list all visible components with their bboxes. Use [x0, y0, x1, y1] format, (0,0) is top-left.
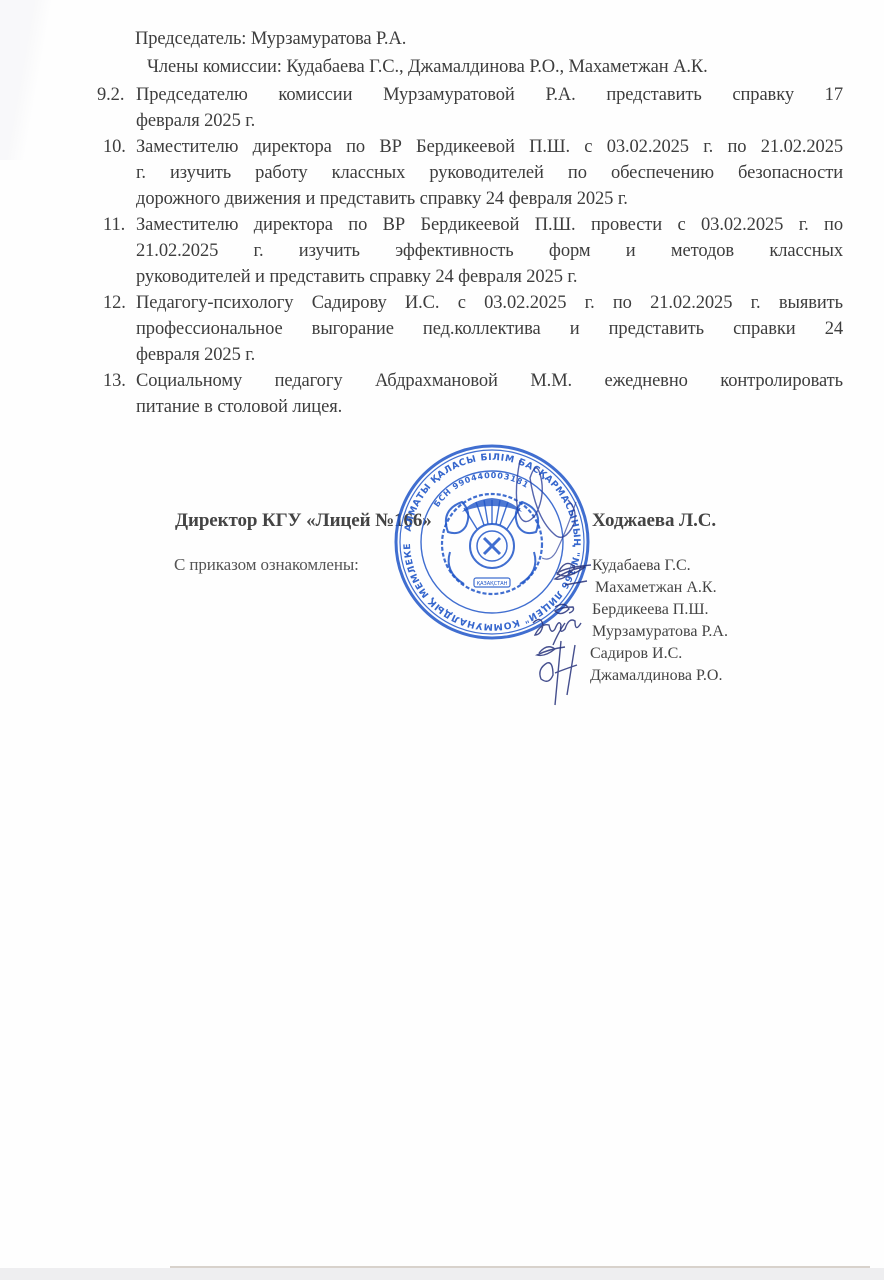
- item-number-9-2: 9.2.: [97, 82, 124, 108]
- commission-chair: Председатель: Мурзамуратова Р.А.: [135, 26, 406, 52]
- item-10-line-3: дорожного движения и представить справку…: [136, 186, 628, 212]
- scan-bottom-edge: [0, 1268, 884, 1280]
- signee-6: Джамалдинова Р.О.: [590, 665, 722, 687]
- item-13-line-1: Социальному педагогу Абдрахмановой М.М. …: [136, 368, 843, 394]
- document-page: Председатель: Мурзамуратова Р.А. Члены к…: [0, 0, 884, 1268]
- item-number-12: 12.: [103, 290, 126, 316]
- acknowledgement-signatures-icon: [505, 545, 600, 710]
- item-number-10: 10.: [103, 134, 126, 160]
- item-number-11: 11.: [103, 212, 125, 238]
- item-12-line-2: профессиональное выгорание пед.коллектив…: [136, 316, 843, 342]
- director-name: Ходжаева Л.С.: [592, 508, 716, 534]
- signee-5: Садиров И.С.: [590, 643, 682, 665]
- commission-chair-text: Председатель: Мурзамуратова Р.А.: [135, 29, 406, 49]
- signee-2: Махаметжан А.К.: [595, 577, 717, 599]
- item-11-line-2: 21.02.2025 г. изучить эффективность форм…: [136, 238, 843, 264]
- item-11-line-1: Заместителю директора по ВР Бердикеевой …: [136, 212, 843, 238]
- signee-4: Мурзамуратова Р.А.: [592, 621, 728, 643]
- item-10-line-2: г. изучить работу классных руководителей…: [136, 160, 843, 186]
- item-9-2-line-1: Председателю комиссии Мурзамуратовой Р.А…: [136, 82, 843, 108]
- item-12-line-3: февраля 2025 г.: [136, 342, 255, 368]
- item-11-line-3: руководителей и представить справку 24 ф…: [136, 264, 577, 290]
- commission-members: Члены комиссии: Кудабаева Г.С., Джамалди…: [147, 54, 708, 80]
- item-12-line-1: Педагогу-психологу Садирову И.С. с 03.02…: [136, 290, 843, 316]
- signee-3: Бердикеева П.Ш.: [592, 599, 709, 621]
- acknowledged-label: С приказом ознакомлены:: [174, 552, 359, 578]
- commission-members-text: Члены комиссии: Кудабаева Г.С., Джамалди…: [147, 57, 708, 77]
- item-13-line-2: питание в столовой лицея.: [136, 394, 342, 420]
- item-number-13: 13.: [103, 368, 126, 394]
- paper-edge-shadow: [0, 0, 60, 160]
- svg-text:ҚАЗАҚСТАН: ҚАЗАҚСТАН: [477, 581, 508, 587]
- item-9-2-line-2: февраля 2025 г.: [136, 108, 255, 134]
- signee-1: Кудабаева Г.С.: [592, 555, 691, 577]
- item-10-line-1: Заместителю директора по ВР Бердикеевой …: [136, 134, 843, 160]
